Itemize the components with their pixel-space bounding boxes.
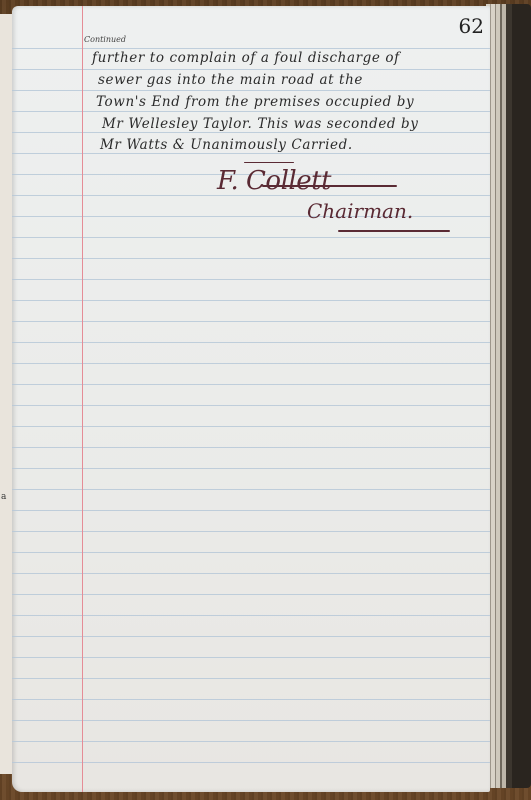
continued-note: Continued: [84, 35, 126, 44]
body-line-4: Mr Wellesley Taylor. This was seconded b…: [102, 116, 419, 132]
ledger-page: 62 Continued further to complain of a fo…: [12, 6, 490, 792]
page-number: 62: [459, 14, 484, 38]
signature-name: F. Collett: [217, 166, 331, 196]
body-line-3: Town's End from the premises occupied by: [96, 94, 414, 110]
left-page-mark: a: [1, 492, 6, 502]
red-margin-line: [82, 6, 83, 792]
signature-title: Chairman.: [307, 199, 413, 223]
body-line-1: further to complain of a foul discharge …: [92, 50, 400, 66]
body-line-5: Mr Watts & Unanimously Carried.: [100, 137, 353, 153]
signature-flourish-top: [244, 162, 294, 163]
signature-underline: [262, 185, 397, 187]
body-line-2: sewer gas into the main road at the: [98, 72, 363, 88]
page-stack-edge: [486, 4, 531, 788]
chairman-underline: [338, 230, 450, 232]
